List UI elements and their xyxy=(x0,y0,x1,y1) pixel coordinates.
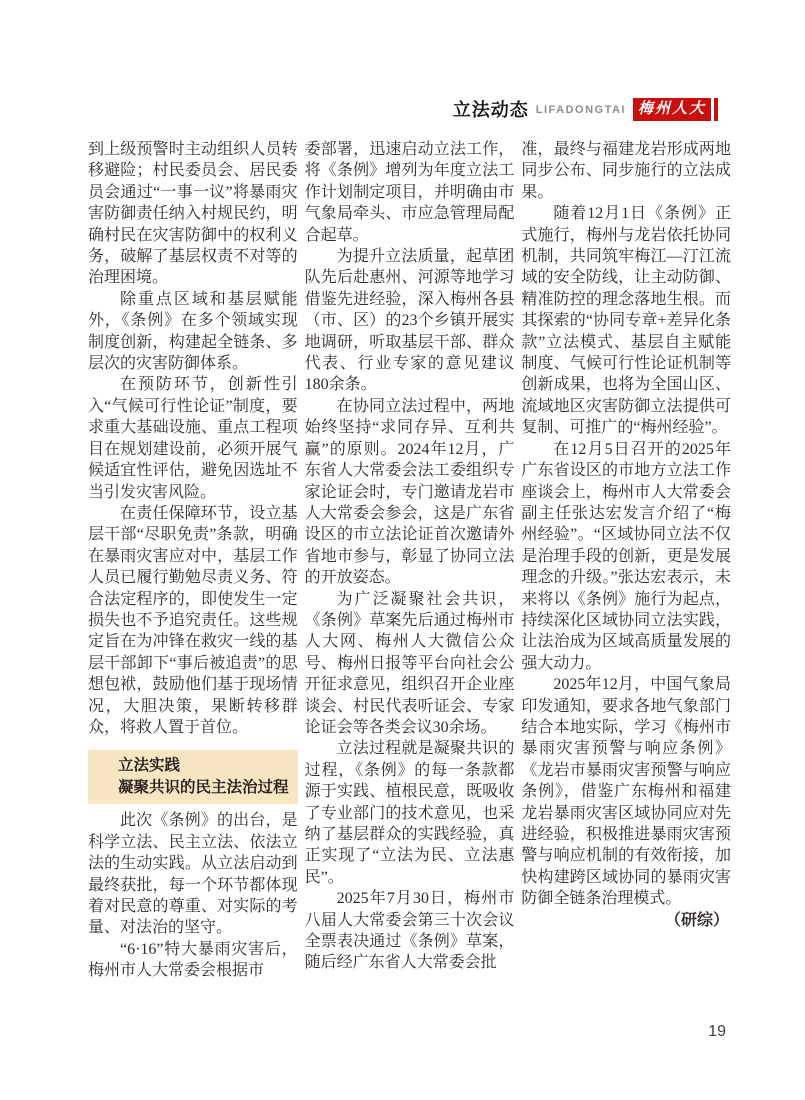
column-2: 委部署，迅速启动立法工作，将《条例》增列为年度立法工作计划制定项目，并明确由市气… xyxy=(305,139,515,982)
section-heading-box: 立法实践凝聚共识的民主法治过程 xyxy=(88,750,298,804)
paragraph: 2025年7月30日，梅州市八届人大常委会第三十次会议全票表决通过《条例》草案，… xyxy=(305,888,515,974)
paragraph: 此次《条例》的出台，是科学立法、民主立法、依法立法的生动实践。从立法启动到最终获… xyxy=(88,810,298,938)
heading-line: 立法实践 xyxy=(118,755,292,777)
column-3: 准，最终与福建龙岩形成两地同步公布、同步施行的立法成果。随着12月1日《条例》正… xyxy=(521,139,731,982)
paragraph: 2025年12月，中国气象局印发通知，要求各地气象部门结合本地实际，学习《梅州市… xyxy=(521,674,731,909)
paragraph: 准，最终与福建龙岩形成两地同步公布、同步施行的立法成果。 xyxy=(521,139,731,203)
article-columns: 到上级预警时主动组织人员转移避险；村民委员会、居民委员会通过“一事一议”将暴雨灾… xyxy=(88,139,731,982)
heading-line: 凝聚共识的民主法治过程 xyxy=(118,777,292,799)
section-title-pinyin: LIFADONGTAI xyxy=(536,104,626,116)
paragraph: 到上级预警时主动组织人员转移避险；村民委员会、居民委员会通过“一事一议”将暴雨灾… xyxy=(88,139,298,289)
paragraph: 在12月5日召开的2025年广东省设区的市地方立法工作座谈会上，梅州市人大常委会… xyxy=(521,439,731,674)
paragraph: 在预防环节，创新性引入“气候可行性论证”制度，要求重大基础设施、重点工程项目在规… xyxy=(88,374,298,502)
paragraph: 委部署，迅速启动立法工作，将《条例》增列为年度立法工作计划制定项目，并明确由市气… xyxy=(305,139,515,246)
magazine-page: 立法动态 LIFADONGTAI 梅州人大 到上级预警时主动组织人员转移避险；村… xyxy=(0,0,805,1100)
paragraph: 在协同立法过程中，两地始终坚持“求同存异、互利共赢”的原则。2024年12月，广… xyxy=(305,396,515,589)
brand-badge: 梅州人大 xyxy=(633,98,711,121)
paragraph: 立法过程就是凝聚共识的过程，《条例》的每一条款都源于实践、植根民意，既吸收了专业… xyxy=(305,738,515,888)
page-number: 19 xyxy=(708,1023,726,1041)
paragraph: 为提升立法质量，起草团队先后赴惠州、河源等地学习借鉴先进经验，深入梅州各县（市、… xyxy=(305,246,515,396)
brand-accent-bar xyxy=(714,98,718,121)
byline: （研综） xyxy=(521,910,731,931)
paragraph: 随着12月1日《条例》正式施行，梅州与龙岩依托协同机制，共同筑牢梅江—汀江流域的… xyxy=(521,203,731,438)
column-1: 到上级预警时主动组织人员转移避险；村民委员会、居民委员会通过“一事一议”将暴雨灾… xyxy=(88,139,298,982)
paragraph: 在责任保障环节，设立基层干部“尽职免责”条款，明确在暴雨灾害应对中，基层工作人员… xyxy=(88,503,298,738)
paragraph: “6·16”特大暴雨灾害后，梅州市人大常委会根据市 xyxy=(88,939,298,982)
paragraph: 为广泛凝聚社会共识，《条例》草案先后通过梅州市人大网、梅州人大微信公众号、梅州日… xyxy=(305,589,515,739)
page-header: 立法动态 LIFADONGTAI 梅州人大 xyxy=(453,96,718,122)
paragraph: 除重点区域和基层赋能外，《条例》在多个领域实现制度创新，构建起全链条、多层次的灾… xyxy=(88,289,298,375)
section-title: 立法动态 xyxy=(453,96,529,122)
